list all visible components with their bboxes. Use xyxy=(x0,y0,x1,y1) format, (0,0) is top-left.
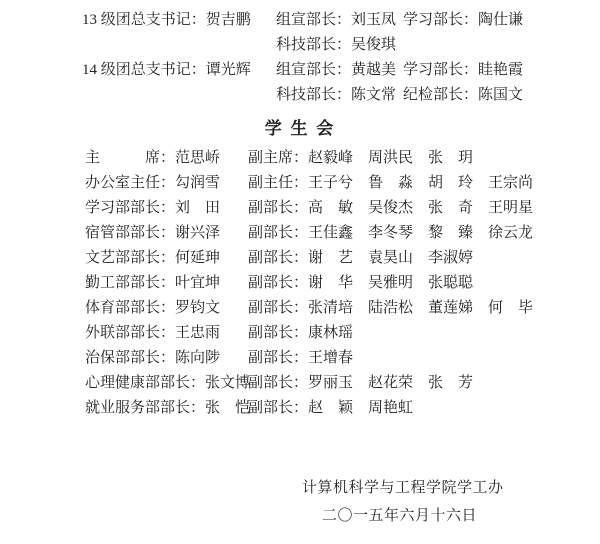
member-name: 罗钧文 xyxy=(175,300,220,316)
league-row: 14 级团总支书记：谭光辉 组宣部长：黄越美 学习部长：眭艳霞 xyxy=(0,58,600,83)
deputy-position-label: 副部长： xyxy=(248,225,308,241)
position-label: 就业服务部部长： xyxy=(85,400,205,416)
position-label: 体育部部长： xyxy=(85,300,175,316)
league-minister-entry: 组宣部长：黄越美 xyxy=(276,58,396,83)
union-row: 体育部部长：罗钧文 副部长：张清培 陆浩松 董莲娣 何 毕 xyxy=(0,296,600,321)
union-row: 主 席：范思峤 副主席：赵毅峰 周洪民 张 玥 xyxy=(0,146,600,171)
union-row: 就业服务部部长：张 恺 副部长：赵 颖 周艳虹 xyxy=(0,396,600,421)
member-name: 勾润雪 xyxy=(175,175,220,191)
deputy-names: 康林瑶 xyxy=(308,325,353,341)
member-name: 陈向陟 xyxy=(175,350,220,366)
position-label: 外联部部长： xyxy=(85,325,175,341)
date-line: 二〇一五年六月十六日 xyxy=(322,504,477,525)
deputy-position-label: 副主席： xyxy=(248,150,308,166)
union-row: 勤工部部长：叶宜坤 副部长：谢 华 吴雅明 张聪聪 xyxy=(0,271,600,296)
union-row: 文艺部部长：何延珅 副部长：谢 艺 袁昊山 李淑婷 xyxy=(0,246,600,271)
league-minister-entry: 科技部长：吴俊琪 xyxy=(276,33,396,58)
league-secretary-entry: 14 级团总支书记：谭光辉 xyxy=(82,58,251,83)
member-name: 叶宜坤 xyxy=(175,275,220,291)
deputy-position-label: 副部长： xyxy=(248,200,308,216)
member-name: 张文博 xyxy=(205,375,250,391)
union-row: 办公室主任：勾润雪 副主任：王子兮 鲁 淼 胡 玲 王宗尚 xyxy=(0,171,600,196)
union-row: 学习部部长：刘 田 副部长：高 敏 吴俊杰 张 奇 王明星 xyxy=(0,196,600,221)
union-row: 外联部部长：王忠雨 副部长：康林瑶 xyxy=(0,321,600,346)
position-label: 文艺部部长： xyxy=(85,250,175,266)
league-minister-entry: 纪检部长：陈国文 xyxy=(403,83,523,108)
position-label: 主 席： xyxy=(85,150,175,166)
position-label: 宿管部部长： xyxy=(85,225,175,241)
deputy-position-label: 副部长： xyxy=(248,325,308,341)
deputy-names: 罗丽玉 赵花荣 张 芳 xyxy=(308,375,473,391)
document-page: 13 级团总支书记：贺吉鹏 组宣部长：刘玉凤 学习部长：陶仕谦 科技部长：吴俊琪… xyxy=(0,0,600,544)
position-label: 心理健康部部长： xyxy=(85,375,205,391)
league-minister-entry: 组宣部长：刘玉凤 xyxy=(276,8,396,33)
member-name: 范思峤 xyxy=(175,150,220,166)
league-row: 科技部长：陈文常 纪检部长：陈国文 xyxy=(0,83,600,108)
member-name: 张 恺 xyxy=(205,400,250,416)
member-name: 刘 田 xyxy=(175,200,220,216)
deputy-position-label: 副部长： xyxy=(248,350,308,366)
deputy-names: 赵 颖 周艳虹 xyxy=(308,400,413,416)
deputy-names: 王增春 xyxy=(308,350,353,366)
union-row: 宿管部部长：谢兴泽 副部长：王佳鑫 李冬琴 黎 臻 徐云龙 xyxy=(0,221,600,246)
league-minister-entry: 学习部长：眭艳霞 xyxy=(403,58,523,83)
signature-line: 计算机科学与工程学院学工办 xyxy=(302,476,504,497)
deputy-position-label: 副主任： xyxy=(248,175,308,191)
member-name: 何延珅 xyxy=(175,250,220,266)
deputy-names: 王子兮 鲁 淼 胡 玲 王宗尚 xyxy=(308,175,533,191)
student-union-section: 主 席：范思峤 副主席：赵毅峰 周洪民 张 玥 办公室主任：勾润雪 副主任：王子… xyxy=(0,146,600,421)
deputy-names: 王佳鑫 李冬琴 黎 臻 徐云龙 xyxy=(308,225,533,241)
member-name: 谢兴泽 xyxy=(175,225,220,241)
deputy-names: 张清培 陆浩松 董莲娣 何 毕 xyxy=(308,300,533,316)
deputy-position-label: 副部长： xyxy=(248,250,308,266)
position-label: 办公室主任： xyxy=(85,175,175,191)
league-row: 科技部长：吴俊琪 xyxy=(0,33,600,58)
union-row: 治保部部长：陈向陟 副部长：王增春 xyxy=(0,346,600,371)
deputy-names: 谢 华 吴雅明 张聪聪 xyxy=(308,275,473,291)
deputy-names: 赵毅峰 周洪民 张 玥 xyxy=(308,150,473,166)
league-row: 13 级团总支书记：贺吉鹏 组宣部长：刘玉凤 学习部长：陶仕谦 xyxy=(0,8,600,33)
league-minister-entry: 学习部长：陶仕谦 xyxy=(403,8,523,33)
position-label: 治保部部长： xyxy=(85,350,175,366)
deputy-position-label: 副部长： xyxy=(248,275,308,291)
league-secretary-entry: 13 级团总支书记：贺吉鹏 xyxy=(82,8,251,33)
union-row: 心理健康部部长：张文博 副部长：罗丽玉 赵花荣 张 芳 xyxy=(0,371,600,396)
league-branch-section: 13 级团总支书记：贺吉鹏 组宣部长：刘玉凤 学习部长：陶仕谦 科技部长：吴俊琪… xyxy=(0,8,600,108)
member-name: 王忠雨 xyxy=(175,325,220,341)
deputy-names: 高 敏 吴俊杰 张 奇 王明星 xyxy=(308,200,533,216)
deputy-position-label: 副部长： xyxy=(248,400,308,416)
league-minister-entry: 科技部长：陈文常 xyxy=(276,83,396,108)
deputy-position-label: 副部长： xyxy=(248,375,308,391)
deputy-names: 谢 艺 袁昊山 李淑婷 xyxy=(308,250,473,266)
position-label: 学习部部长： xyxy=(85,200,175,216)
section-heading-student-union: 学 生 会 xyxy=(0,114,600,139)
position-label: 勤工部部长： xyxy=(85,275,175,291)
deputy-position-label: 副部长： xyxy=(248,300,308,316)
